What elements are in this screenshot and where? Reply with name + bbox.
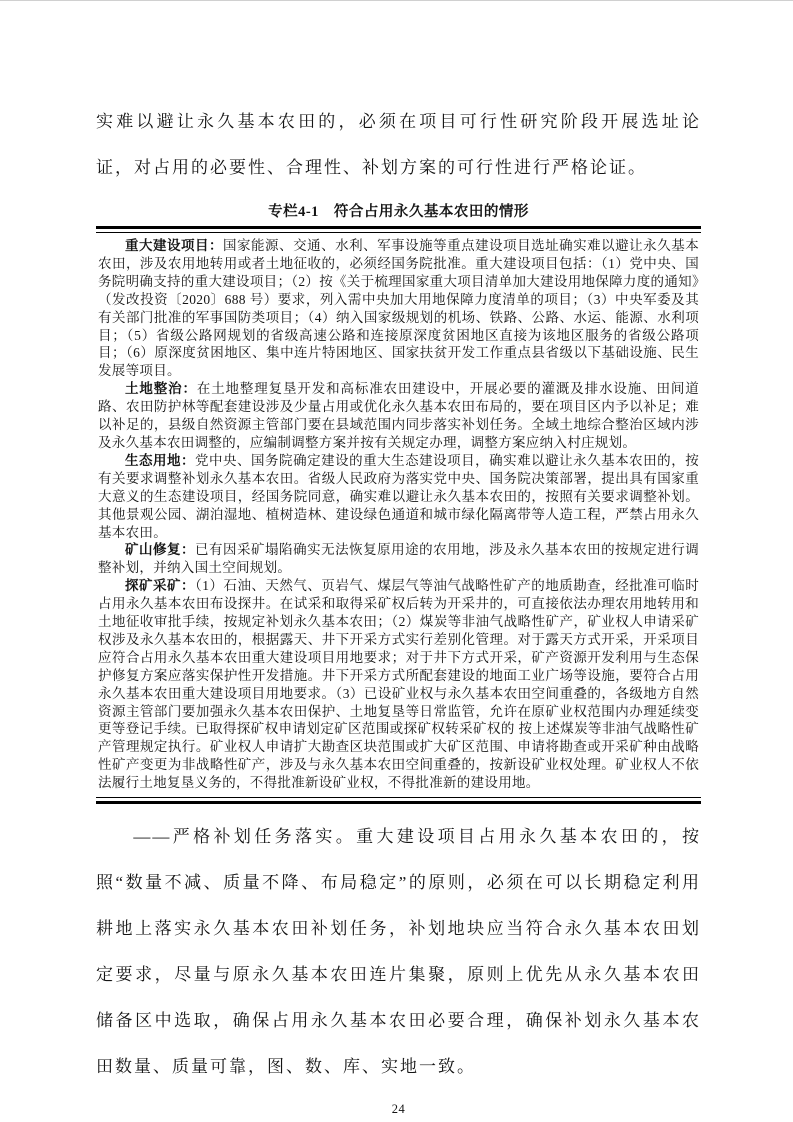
callout-box: 重大建设项目：国家能源、交通、水利、军事设施等重点建设项目选址确实难以避让永久基… (96, 226, 701, 804)
box-bottom-rule (96, 797, 701, 804)
box-title: 专栏4-1 符合占用永久基本农田的情形 (96, 200, 701, 221)
box-section-body: 国家能源、交通、水利、军事设施等重点建设项目选址确实难以避让永久基本农田，涉及农… (98, 238, 699, 378)
document-page: 实难以避让永久基本农田的，必须在项目可行性研究阶段开展选址论证，对占用的必要性、… (0, 0, 793, 1122)
box-section-heading: 探矿采矿： (125, 578, 195, 593)
box-section-heading: 土地整治： (125, 381, 197, 396)
page-content: 实难以避让永久基本农田的，必须在项目可行性研究阶段开展选址论证，对占用的必要性、… (0, 1, 793, 1117)
box-section-body: （1）石油、天然气、页岩气、煤层气等油气战略性矿产的地质勘查，经批准可临时占用永… (98, 578, 699, 790)
box-section: 探矿采矿：（1）石油、天然气、页岩气、煤层气等油气战略性矿产的地质勘查，经批准可… (98, 577, 699, 792)
box-body: 重大建设项目：国家能源、交通、水利、军事设施等重点建设项目选址确实难以避让永久基… (96, 233, 701, 797)
box-section: 重大建设项目：国家能源、交通、水利、军事设施等重点建设项目选址确实难以避让永久基… (98, 237, 699, 380)
box-section-heading: 矿山修复： (125, 542, 195, 557)
box-section-heading: 生态用地： (125, 453, 195, 468)
box-section: 矿山修复：已有因采矿塌陷确实无法恢复原用途的农用地，涉及永久基本农田的按规定进行… (98, 541, 699, 577)
box-top-rule (96, 226, 701, 233)
box-section-heading: 重大建设项目： (125, 238, 223, 253)
box-section: 生态用地：党中央、国务院确定建设的重大生态建设项目，确实难以避让永久基本农田的，… (98, 452, 699, 542)
intro-paragraph: 实难以避让永久基本农田的，必须在项目可行性研究阶段开展选址论证，对占用的必要性、… (96, 99, 701, 191)
closing-paragraph: ——严格补划任务落实。重大建设项目占用永久基本农田的，按照“数量不减、质量不降、… (96, 814, 701, 1090)
page-number: 24 (96, 1102, 701, 1117)
box-section: 土地整治：在土地整理复垦开发和高标准农田建设中，开展必要的灌溉及排水设施、田间道… (98, 380, 699, 452)
